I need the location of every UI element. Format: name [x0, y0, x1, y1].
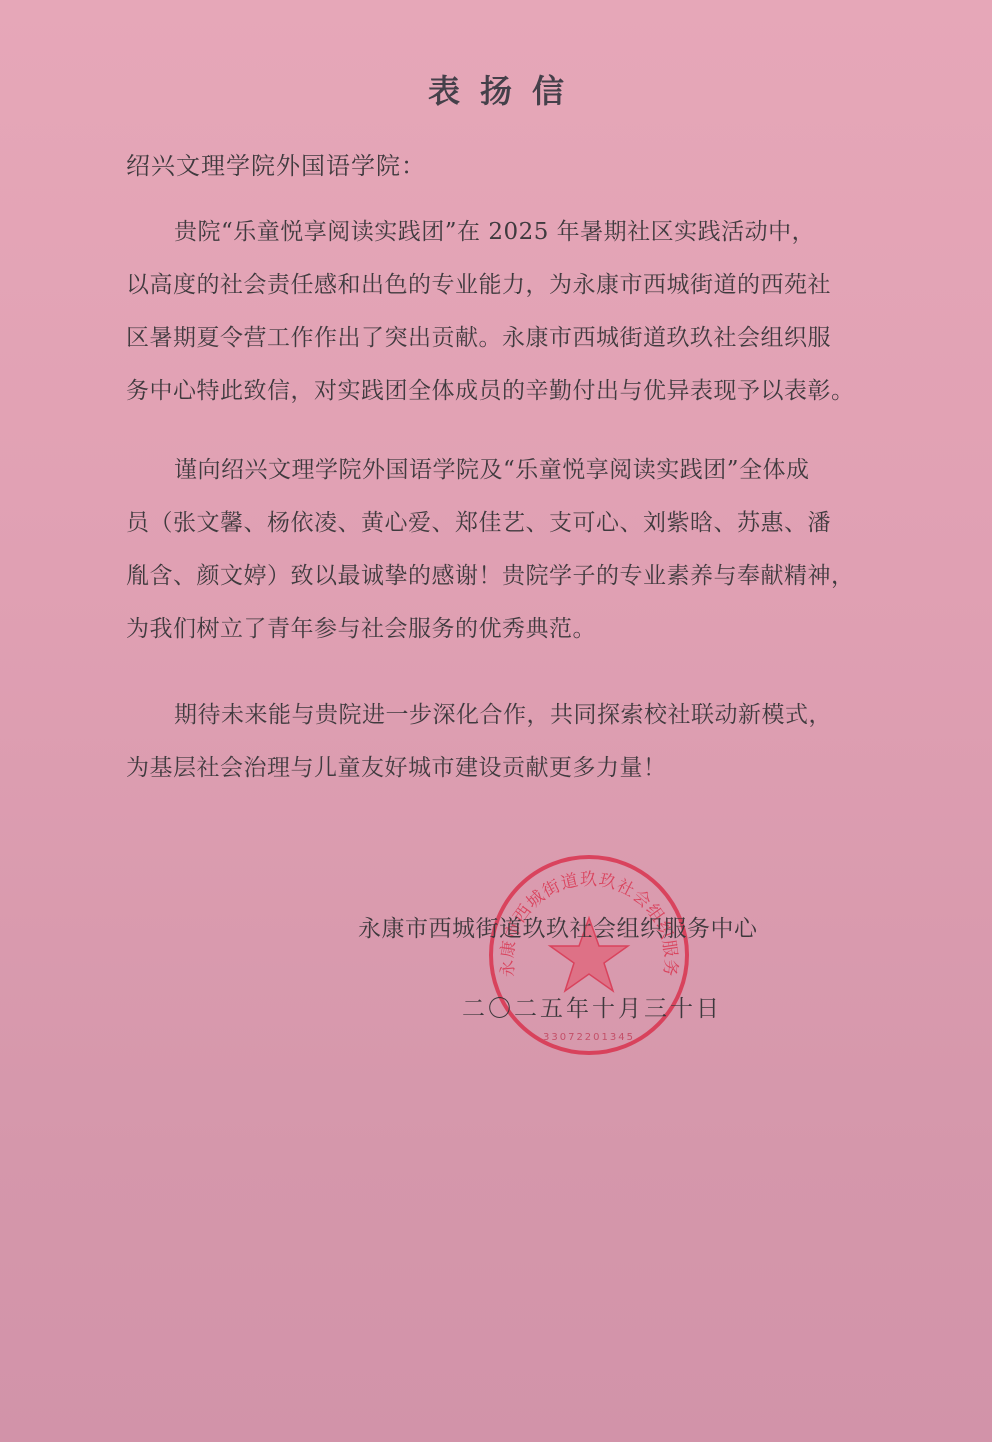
signing-organization: 永康市西城街道玖玖社会组织服务中心	[358, 910, 758, 943]
paragraph-line: 期待未来能与贵院进一步深化合作，共同探索校社联动新模式，	[126, 689, 896, 742]
paragraph-line: 为我们树立了青年参与社会服务的优秀典范。	[126, 603, 896, 656]
paragraph-line: 为基层社会治理与儿童友好城市建设贡献更多力量！	[126, 742, 896, 795]
paragraph-3: 期待未来能与贵院进一步深化合作，共同探索校社联动新模式， 为基层社会治理与儿童友…	[126, 689, 896, 795]
paragraph-line: 区暑期夏令营工作作出了突出贡献。永康市西城街道玖玖社会组织服	[126, 312, 896, 365]
salutation: 绍兴文理学院外国语学院：	[126, 146, 426, 181]
letter-title: 表扬信	[0, 66, 992, 112]
paragraph-line: 员（张文馨、杨依凌、黄心爱、郑佳艺、支可心、刘紫晗、苏惠、潘	[126, 497, 896, 550]
paragraph-1: 贵院“乐童悦享阅读实践团”在 2025 年暑期社区实践活动中， 以高度的社会责任…	[126, 206, 896, 418]
paragraph-2: 谨向绍兴文理学院外国语学院及“乐童悦享阅读实践团”全体成 员（张文馨、杨依凌、黄…	[126, 444, 896, 656]
paragraph-line: 谨向绍兴文理学院外国语学院及“乐童悦享阅读实践团”全体成	[126, 444, 896, 497]
paragraph-line: 胤含、颜文婷）致以最诚挚的感谢！贵院学子的专业素养与奉献精神，	[126, 550, 896, 603]
paragraph-line: 以高度的社会责任感和出色的专业能力，为永康市西城街道的西苑社	[126, 259, 896, 312]
paragraph-line: 务中心特此致信，对实践团全体成员的辛勤付出与优异表现予以表彰。	[126, 365, 896, 418]
signing-date: 二〇二五年十月三十日	[462, 990, 722, 1023]
paragraph-line: 贵院“乐童悦享阅读实践团”在 2025 年暑期社区实践活动中，	[126, 206, 896, 259]
letter-page: 表扬信 绍兴文理学院外国语学院： 贵院“乐童悦享阅读实践团”在 2025 年暑期…	[0, 0, 992, 1442]
svg-text:33072201345: 33072201345	[543, 1032, 635, 1043]
official-seal-icon: 永康市西城街道玖玖社会组织服务中心 33072201345	[486, 852, 692, 1058]
